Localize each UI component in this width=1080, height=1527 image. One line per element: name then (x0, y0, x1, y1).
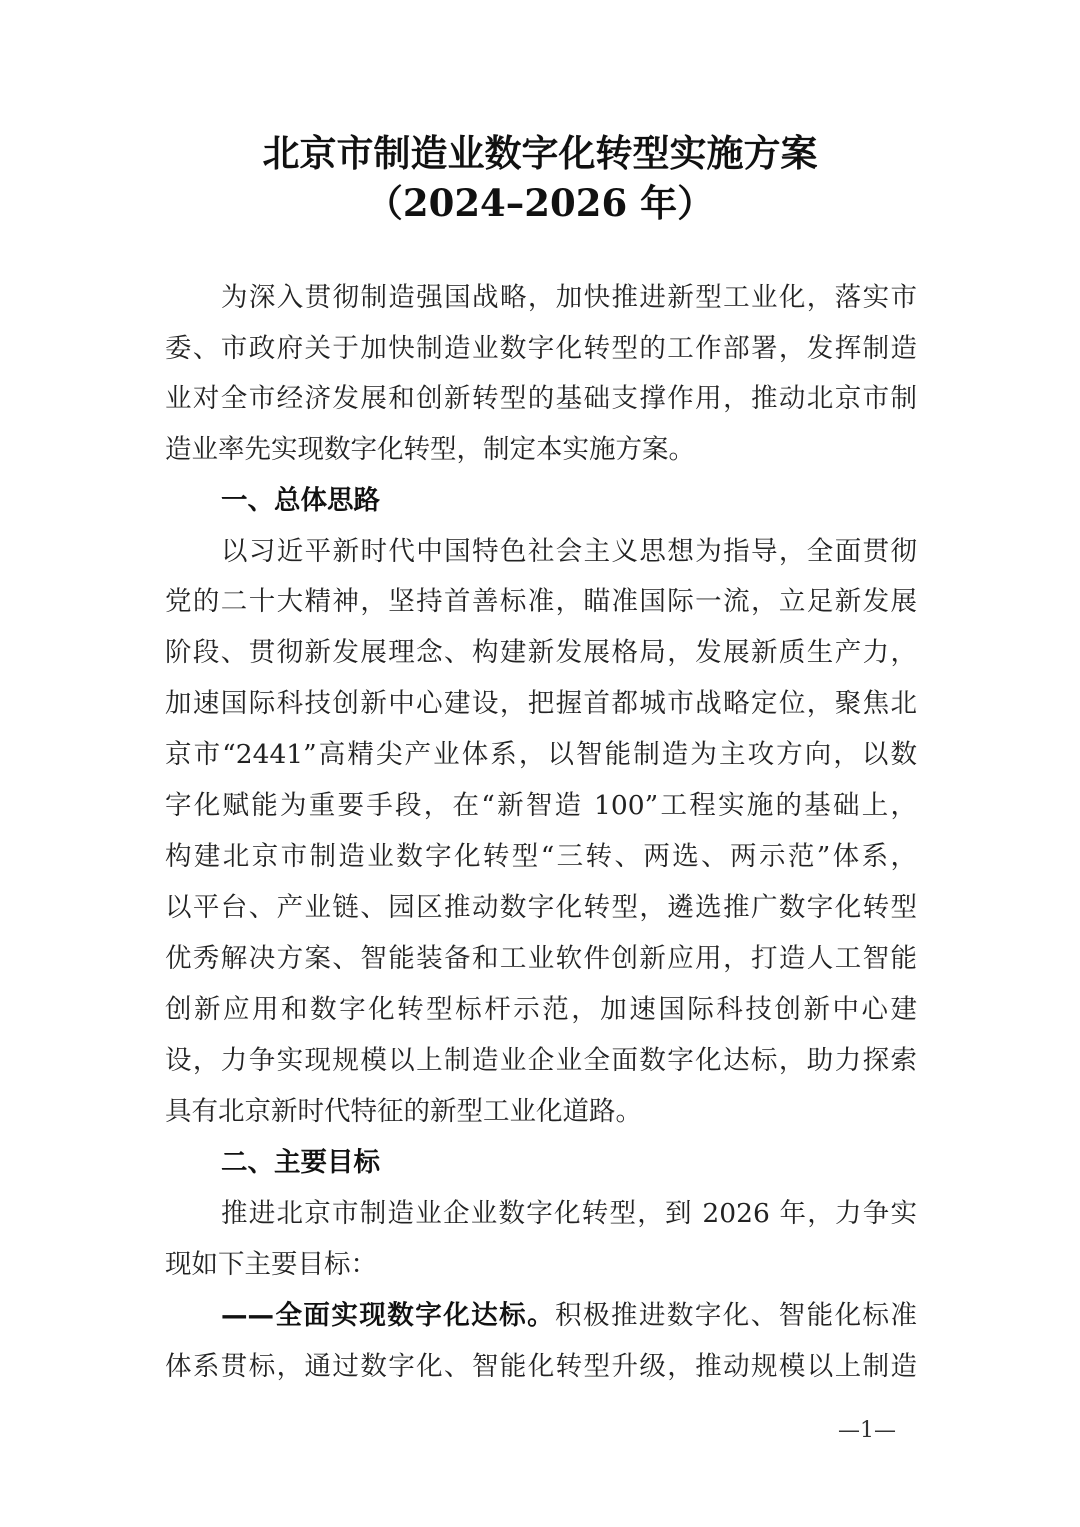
section-line: 京市“2441”高精尖产业体系，以智能制造为主攻方向，以数 (165, 737, 917, 773)
section-line: 设，力争实现规模以上制造业企业全面数字化达标，助力探索 (165, 1043, 917, 1079)
section-line: 构建北京市制造业数字化转型“三转、两选、两示范”体系， (165, 839, 917, 875)
section-line: 党的二十大精神，坚持首善标准，瞄准国际一流，立足新发展 (165, 584, 917, 620)
document-subtitle: （2024–2026 年） (0, 178, 1080, 228)
section-heading-overall-approach: 一、总体思路 (221, 483, 380, 519)
section-line: 现如下主要目标： (165, 1247, 917, 1283)
section-line: 创新应用和数字化转型标杆示范，加速国际科技创新中心建 (165, 992, 917, 1028)
section-heading-main-goals: 二、主要目标 (221, 1145, 380, 1181)
section-line: 具有北京新时代特征的新型工业化道路。 (165, 1094, 917, 1130)
document-page: 北京市制造业数字化转型实施方案 （2024–2026 年） 为深入贯彻制造强国战… (0, 0, 1080, 1527)
section-line: 加速国际科技创新中心建设，把握首都城市战略定位，聚焦北 (165, 686, 917, 722)
section-line: 优秀解决方案、智能装备和工业软件创新应用，打造人工智能 (165, 941, 917, 977)
section-line: 字化赋能为重要手段，在“新智造 100”工程实施的基础上， (165, 788, 917, 824)
section-line: 以平台、产业链、园区推动数字化转型，遴选推广数字化转型 (165, 890, 917, 926)
document-title: 北京市制造业数字化转型实施方案 (0, 128, 1080, 178)
goal-bold-lead: ——全面实现数字化达标。 (221, 1300, 555, 1331)
section-line: 阶段、贯彻新发展理念、构建新发展格局，发展新质生产力， (165, 635, 917, 671)
goal-continuation-line: 体系贯标，通过数字化、智能化转型升级，推动规模以上制造 (165, 1349, 917, 1385)
goal-text: 积极推进数字化、智能化标准 (555, 1300, 917, 1331)
intro-line: 造业率先实现数字化转型，制定本实施方案。 (165, 432, 917, 468)
section-line: 以习近平新时代中国特色社会主义思想为指导，全面贯彻 (221, 534, 917, 570)
goal-line: ——全面实现数字化达标。积极推进数字化、智能化标准 (221, 1298, 917, 1334)
intro-line: 业对全市经济发展和创新转型的基础支撑作用，推动北京市制 (165, 381, 917, 417)
section-line: 推进北京市制造业企业数字化转型，到 2026 年，力争实 (221, 1196, 917, 1232)
intro-line: 为深入贯彻制造强国战略，加快推进新型工业化，落实市 (221, 280, 917, 316)
page-number: —1— (838, 1416, 896, 1446)
intro-line: 委、市政府关于加快制造业数字化转型的工作部署，发挥制造 (165, 331, 917, 367)
